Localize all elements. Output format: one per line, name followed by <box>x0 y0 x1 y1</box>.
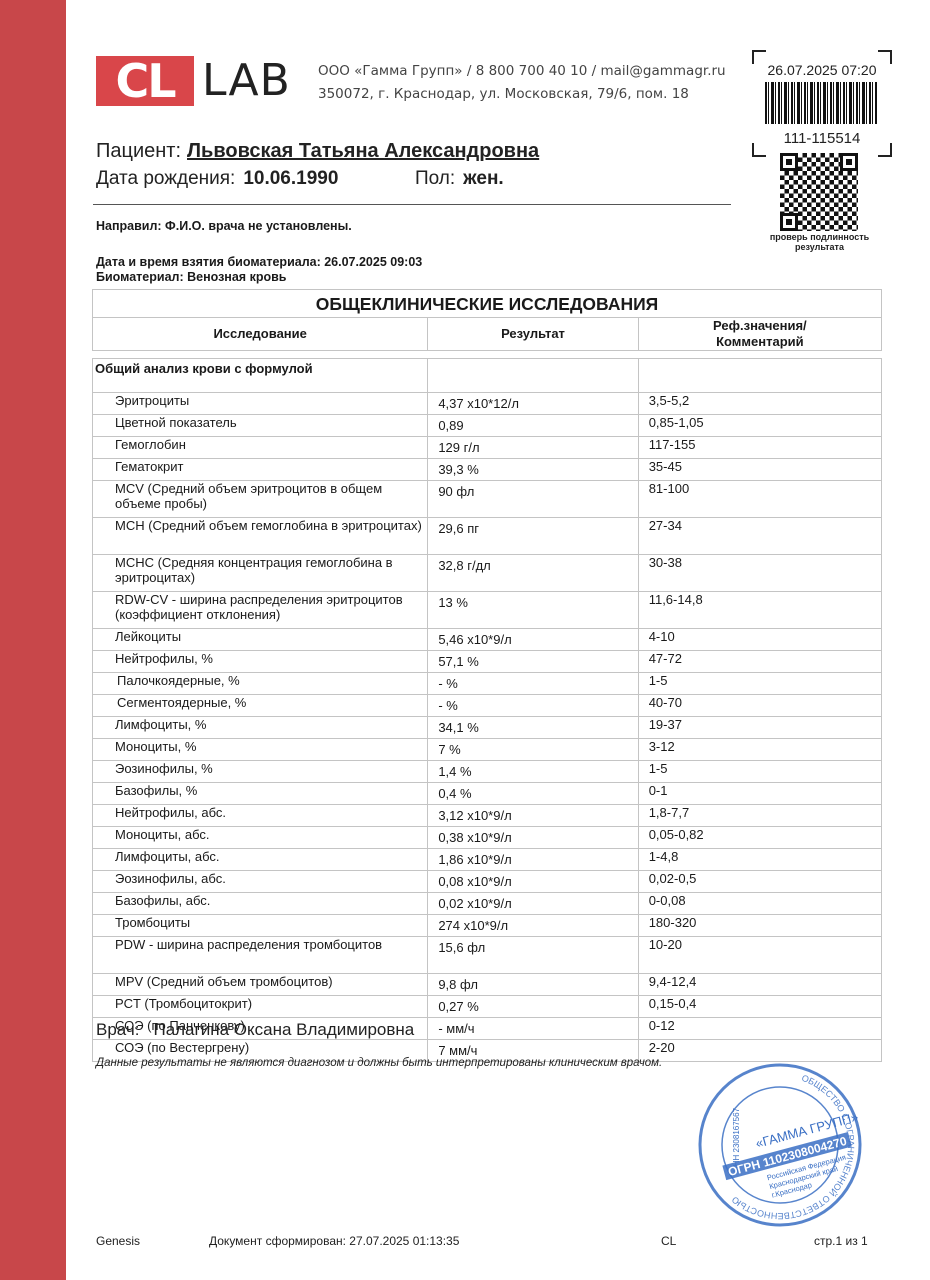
test-name: Эозинофилы, % <box>93 761 428 783</box>
order-number: 111-115514 <box>752 130 892 147</box>
patient-label: Пациент: <box>96 140 181 162</box>
test-result: 32,8 г/дл <box>428 555 638 592</box>
test-name: Базофилы, абс. <box>93 893 428 915</box>
test-name: MCHC (Средняя концентрация гемоглобина в… <box>93 555 428 592</box>
test-name: Эритроциты <box>93 393 428 415</box>
test-name: MPV (Средний объем тромбоцитов) <box>93 974 428 996</box>
test-name: Гематокрит <box>93 459 428 481</box>
company-address: 350072, г. Краснодар, ул. Московская, 79… <box>318 83 726 106</box>
test-reference: 27-34 <box>638 518 881 555</box>
birth-date: 10.06.1990 <box>243 168 338 189</box>
test-result: 3,12 x10*9/л <box>428 805 638 827</box>
test-name: Эозинофилы, абс. <box>93 871 428 893</box>
table-row: PDW - ширина распределения тромбоцитов15… <box>93 937 882 974</box>
barcode-icon <box>765 82 877 124</box>
test-reference: 0,05-0,82 <box>638 827 881 849</box>
test-result: 1,4 % <box>428 761 638 783</box>
test-name: Палочкоядерные, % <box>93 673 428 695</box>
test-result: - мм/ч <box>428 1018 638 1040</box>
test-name: PCT (Тромбоцитокрит) <box>93 996 428 1018</box>
column-header-result: Результат <box>428 318 638 351</box>
test-reference: 3,5-5,2 <box>638 393 881 415</box>
footer-page: стр.1 из 1 <box>814 1234 868 1248</box>
test-reference: 1-5 <box>638 761 881 783</box>
test-reference: 35-45 <box>638 459 881 481</box>
test-result: 0,4 % <box>428 783 638 805</box>
birth-date-line: Дата рождения:10.06.1990 <box>96 168 338 190</box>
test-result: 129 г/л <box>428 437 638 459</box>
test-result: 15,6 фл <box>428 937 638 974</box>
test-reference: 19-37 <box>638 717 881 739</box>
barcode-datetime: 26.07.2025 07:20 <box>752 62 892 78</box>
test-name: Тромбоциты <box>93 915 428 937</box>
doctor-name: Палагина Оксана Владимировна <box>153 1020 414 1039</box>
test-name: Лимфоциты, % <box>93 717 428 739</box>
table-row: Базофилы, абс.0,02 x10*9/л0-0,08 <box>93 893 882 915</box>
company-contacts: ООО «Гамма Групп» / 8 800 700 40 10 / ma… <box>318 60 726 83</box>
test-name: RDW-CV - ширина распределения эритроцито… <box>93 592 428 629</box>
test-result: 7 % <box>428 739 638 761</box>
referral-line: Направил: Ф.И.О. врача не установлены. <box>96 219 352 233</box>
table-row: Базофилы, %0,4 %0-1 <box>93 783 882 805</box>
company-info: ООО «Гамма Групп» / 8 800 700 40 10 / ma… <box>318 60 726 106</box>
column-header-reference: Реф.значения/ Комментарий <box>638 318 881 351</box>
test-name: Нейтрофилы, % <box>93 651 428 673</box>
test-result: 57,1 % <box>428 651 638 673</box>
sex-value: жен. <box>463 168 504 189</box>
table-row: RDW-CV - ширина распределения эритроцито… <box>93 592 882 629</box>
test-result: 0,08 x10*9/л <box>428 871 638 893</box>
test-name: Цветной показатель <box>93 415 428 437</box>
column-header-test: Исследование <box>93 318 428 351</box>
qr-caption: проверь подлинность результата <box>752 232 887 252</box>
table-row: Моноциты, %7 %3-12 <box>93 739 882 761</box>
left-accent-stripe <box>0 0 66 1280</box>
test-reference: 0,85-1,05 <box>638 415 881 437</box>
company-stamp-icon: ОБЩЕСТВО С ОГРАНИЧЕННОЙ ОТВЕТСТВЕННОСТЬЮ… <box>697 1062 863 1228</box>
logo-word: LAB <box>202 55 291 106</box>
test-reference: 40-70 <box>638 695 881 717</box>
sample-datetime: Дата и время взятия биоматериала: 26.07.… <box>96 255 422 269</box>
test-result: - % <box>428 673 638 695</box>
doctor-label: Врач: <box>96 1020 139 1039</box>
test-reference: 47-72 <box>638 651 881 673</box>
table-row: Эозинофилы, абс.0,08 x10*9/л0,02-0,5 <box>93 871 882 893</box>
section-title: ОБЩЕКЛИНИЧЕСКИЕ ИССЛЕДОВАНИЯ <box>93 290 882 318</box>
test-reference: 11,6-14,8 <box>638 592 881 629</box>
test-name: Моноциты, % <box>93 739 428 761</box>
footer-code: CL <box>661 1234 676 1248</box>
test-reference: 0-12 <box>638 1018 881 1040</box>
test-name: Лимфоциты, абс. <box>93 849 428 871</box>
test-reference: 0,02-0,5 <box>638 871 881 893</box>
table-row: Моноциты, абс.0,38 x10*9/л0,05-0,82 <box>93 827 882 849</box>
test-result: 90 фл <box>428 481 638 518</box>
test-name: Моноциты, абс. <box>93 827 428 849</box>
test-result: 0,38 x10*9/л <box>428 827 638 849</box>
table-row: Нейтрофилы, абс.3,12 x10*9/л1,8-7,7 <box>93 805 882 827</box>
divider <box>93 204 731 205</box>
test-name: PDW - ширина распределения тромбоцитов <box>93 937 428 974</box>
test-result: 274 x10*9/л <box>428 915 638 937</box>
results-header-table: ОБЩЕКЛИНИЧЕСКИЕ ИССЛЕДОВАНИЯ Исследовани… <box>92 289 882 351</box>
table-row: Нейтрофилы, %57,1 %47-72 <box>93 651 882 673</box>
test-reference: 30-38 <box>638 555 881 592</box>
test-result: 5,46 x10*9/л <box>428 629 638 651</box>
test-reference: 4-10 <box>638 629 881 651</box>
test-reference: 1-5 <box>638 673 881 695</box>
table-row: Эритроциты4,37 x10*12/л3,5-5,2 <box>93 393 882 415</box>
table-row: Эозинофилы, %1,4 %1-5 <box>93 761 882 783</box>
test-name: Базофилы, % <box>93 783 428 805</box>
table-row: Гемоглобин129 г/л117-155 <box>93 437 882 459</box>
table-row: Гематокрит39,3 %35-45 <box>93 459 882 481</box>
results-table: Общий анализ крови с формулой Эритроциты… <box>92 358 882 1062</box>
test-name: Нейтрофилы, абс. <box>93 805 428 827</box>
table-row: MCV (Средний объем эритроцитов в общем о… <box>93 481 882 518</box>
test-result: 4,37 x10*12/л <box>428 393 638 415</box>
test-reference: 1-4,8 <box>638 849 881 871</box>
test-reference: 117-155 <box>638 437 881 459</box>
table-row: Лимфоциты, %34,1 %19-37 <box>93 717 882 739</box>
test-reference: 1,8-7,7 <box>638 805 881 827</box>
test-reference: 180-320 <box>638 915 881 937</box>
biomaterial: Биоматериал: Венозная кровь <box>96 270 286 284</box>
section-row: Общий анализ крови с формулой <box>93 359 882 393</box>
table-row: Сегментоядерные, %- %40-70 <box>93 695 882 717</box>
patient-name: Львовская Татьяна Александровна <box>187 140 539 162</box>
cl-lab-logo: CL LAB <box>96 55 291 106</box>
test-result: 13 % <box>428 592 638 629</box>
logo-mark: CL <box>96 56 194 106</box>
birth-label: Дата рождения: <box>96 168 235 189</box>
sex-line: Пол:жен. <box>415 168 504 190</box>
test-name: Гемоглобин <box>93 437 428 459</box>
table-row: MCHC (Средняя концентрация гемоглобина в… <box>93 555 882 592</box>
table-row: MPV (Средний объем тромбоцитов)9,8 фл9,4… <box>93 974 882 996</box>
patient-line: Пациент:Львовская Татьяна Александровна <box>96 140 539 163</box>
table-row: Лимфоциты, абс.1,86 x10*9/л1-4,8 <box>93 849 882 871</box>
table-row: Цветной показатель0,890,85-1,05 <box>93 415 882 437</box>
test-result: 0,89 <box>428 415 638 437</box>
table-row: MCH (Средний объем гемоглобина в эритроц… <box>93 518 882 555</box>
test-result: 1,86 x10*9/л <box>428 849 638 871</box>
test-result: 29,6 пг <box>428 518 638 555</box>
test-reference: 81-100 <box>638 481 881 518</box>
table-row: Тромбоциты274 x10*9/л180-320 <box>93 915 882 937</box>
doctor-line: Врач:Палагина Оксана Владимировна <box>96 1020 414 1040</box>
test-name: MCH (Средний объем гемоглобина в эритроц… <box>93 518 428 555</box>
test-result: - % <box>428 695 638 717</box>
table-row: Палочкоядерные, %- %1-5 <box>93 673 882 695</box>
test-result: 34,1 % <box>428 717 638 739</box>
test-reference: 3-12 <box>638 739 881 761</box>
footer-generated: Документ сформирован: 27.07.2025 01:13:3… <box>209 1234 459 1248</box>
test-reference: 0,15-0,4 <box>638 996 881 1018</box>
test-reference: 0-0,08 <box>638 893 881 915</box>
sex-label: Пол: <box>415 168 455 189</box>
section-name: Общий анализ крови с формулой <box>93 359 428 393</box>
table-row: PCT (Тромбоцитокрит)0,27 %0,15-0,4 <box>93 996 882 1018</box>
test-result: 0,27 % <box>428 996 638 1018</box>
test-result: 0,02 x10*9/л <box>428 893 638 915</box>
test-result: 9,8 фл <box>428 974 638 996</box>
test-name: Лейкоциты <box>93 629 428 651</box>
test-reference: 0-1 <box>638 783 881 805</box>
test-name: MCV (Средний объем эритроцитов в общем о… <box>93 481 428 518</box>
test-result: 39,3 % <box>428 459 638 481</box>
footer-system: Genesis <box>96 1234 140 1248</box>
qr-code-icon[interactable] <box>780 153 858 231</box>
test-reference: 10-20 <box>638 937 881 974</box>
disclaimer: Данные результаты не являются диагнозом … <box>96 1057 662 1069</box>
table-row: Лейкоциты5,46 x10*9/л4-10 <box>93 629 882 651</box>
test-reference: 2-20 <box>638 1040 881 1062</box>
test-reference: 9,4-12,4 <box>638 974 881 996</box>
test-name: Сегментоядерные, % <box>93 695 428 717</box>
